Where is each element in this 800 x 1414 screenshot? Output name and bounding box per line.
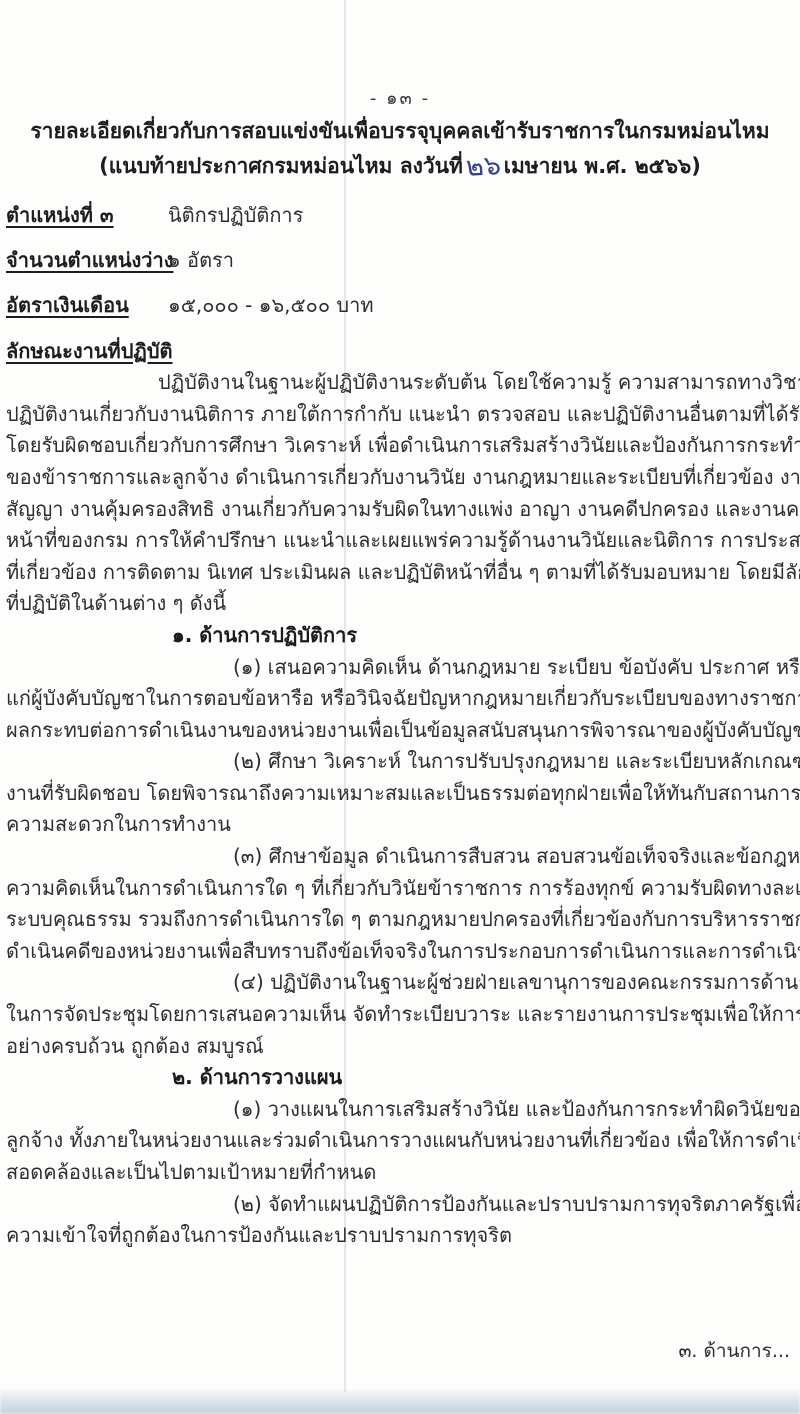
text-line: (๒) ศึกษา วิเคราะห์ ในการปรับปรุงกฎหมาย … [6, 746, 794, 778]
document-subtitle: (แนบท้ายประกาศกรมหม่อนไหม ลงวันที่๒๖เมษา… [0, 148, 800, 182]
text-line: อย่างครบถ้วน ถูกต้อง สมบูรณ์ [6, 1031, 794, 1063]
text-line: ผลกระทบต่อการดำเนินงานของหน่วยงานเพื่อเป… [6, 715, 794, 747]
text-line: ระบบคุณธรรม รวมถึงการดำเนินการใด ๆ ตามกฎ… [6, 904, 794, 936]
handwritten-date: ๒๖ [465, 149, 502, 185]
scan-bottom-shadow [0, 1388, 800, 1414]
field-vacancies: จำนวนตำแหน่งว่าง ๑ อัตรา [6, 245, 794, 277]
field-position: ตำแหน่งที่ ๓ นิติกรปฏิบัติการ [6, 200, 794, 232]
section-1-heading: ๑. ด้านการปฏิบัติการ [6, 620, 794, 652]
text-line: (๑) วางแผนในการเสริมสร้างวินัย และป้องกั… [6, 1094, 794, 1126]
page-number: - ๑๓ - [0, 84, 800, 114]
field-vacancies-label: จำนวนตำแหน่งว่าง [6, 248, 173, 272]
text-line: ลูกจ้าง ทั้งภายในหน่วยงานและร่วมดำเนินกา… [6, 1125, 794, 1157]
text-line: โดยรับผิดชอบเกี่ยวกับการศึกษา วิเคราะห์ … [6, 430, 794, 462]
text-line: ที่เกี่ยวข้อง การติดตาม นิเทศ ประเมินผล … [6, 557, 794, 589]
text-line: (๑) เสนอความคิดเห็น ด้านกฎหมาย ระเบียบ ข… [6, 652, 794, 684]
text-line: ความคิดเห็นในการดำเนินการใด ๆ ที่เกี่ยวก… [6, 873, 794, 905]
field-position-value: นิติกรปฏิบัติการ [168, 200, 303, 232]
text-line: ดำเนินคดีของหน่วยงานเพื่อสืบทราบถึงข้อเท… [6, 936, 794, 968]
text-line: ความเข้าใจที่ถูกต้องในการป้องกันและปราบป… [6, 1220, 794, 1252]
document-page: - ๑๓ - รายละเอียดเกี่ยวกับการสอบแข่งขันเ… [0, 0, 800, 1414]
field-salary-label: อัตราเงินเดือน [6, 293, 129, 317]
text-line: สอดคล้องและเป็นไปตามเป้าหมายที่กำหนด [6, 1157, 794, 1189]
text-line: ที่ปฏิบัติในด้านต่าง ๆ ดังนี้ [6, 588, 794, 620]
field-vacancies-value: ๑ อัตรา [168, 245, 234, 277]
text-line: สัญญา งานคุ้มครองสิทธิ งานเกี่ยวกับความร… [6, 494, 794, 526]
text-line: หน้าที่ของกรม การให้คำปรึกษา แนะนำและเผย… [6, 525, 794, 557]
text-line: (๓) ศึกษาข้อมูล ดำเนินการสืบสวน สอบสวนข้… [6, 841, 794, 873]
page-continuation-note: ๓. ด้านการ... [678, 1336, 790, 1366]
text-line: ความสะดวกในการทำงาน [6, 809, 794, 841]
section-2-heading: ๒. ด้านการวางแผน [6, 1062, 794, 1094]
text-line: (๔) ปฏิบัติงานในฐานะผู้ช่วยฝ่ายเลขานุการ… [6, 967, 794, 999]
field-salary-value: ๑๕,๐๐๐ - ๑๖,๕๐๐ บาท [168, 290, 374, 322]
text-line: ในการจัดประชุมโดยการเสนอความเห็น จัดทำระ… [6, 999, 794, 1031]
document-body: ตำแหน่งที่ ๓ นิติกรปฏิบัติการ จำนวนตำแหน… [6, 200, 794, 1252]
field-position-label: ตำแหน่งที่ ๓ [6, 203, 114, 227]
document-header: - ๑๓ - รายละเอียดเกี่ยวกับการสอบแข่งขันเ… [0, 84, 800, 182]
field-salary: อัตราเงินเดือน ๑๕,๐๐๐ - ๑๖,๕๐๐ บาท [6, 290, 794, 322]
text-line: งานที่รับผิดชอบ โดยพิจารณาถึงความเหมาะสม… [6, 778, 794, 810]
document-title: รายละเอียดเกี่ยวกับการสอบแข่งขันเพื่อบรร… [0, 114, 800, 148]
text-line: ปฏิบัติงานในฐานะผู้ปฏิบัติงานระดับต้น โด… [6, 367, 794, 399]
text-line: ของข้าราชการและลูกจ้าง ดำเนินการเกี่ยวกั… [6, 462, 794, 494]
subtitle-prefix: (แนบท้ายประกาศกรมหม่อนไหม ลงวันที่ [99, 154, 463, 178]
duties-heading: ลักษณะงานที่ปฏิบัติ [6, 336, 794, 368]
text-line: แก่ผู้บังคับบัญชาในการตอบข้อหารือ หรือวิ… [6, 683, 794, 715]
text-line: (๒) จัดทำแผนปฏิบัติการป้องกันและปราบปราม… [6, 1189, 794, 1221]
subtitle-suffix: เมษายน พ.ศ. ๒๕๖๖) [504, 154, 701, 178]
text-line: ปฏิบัติงานเกี่ยวกับงานนิติการ ภายใต้การก… [6, 399, 794, 431]
